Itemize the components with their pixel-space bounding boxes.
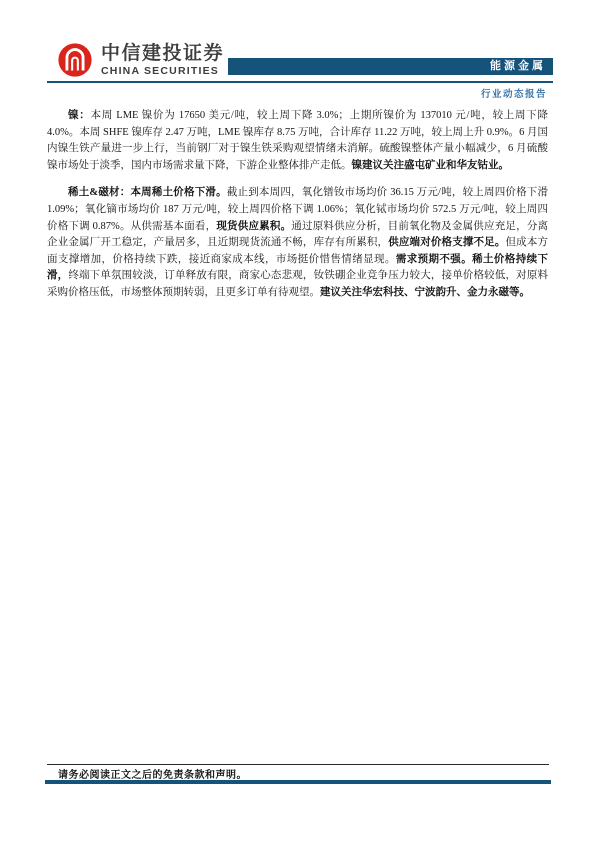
sector-badge-label: 能源金属 [490, 58, 553, 75]
brand-name-cn: 中信建投证券 [101, 43, 224, 65]
rare-earth-supply-accumulation: 现货供应累积。 [216, 221, 291, 232]
rare-earth-lead: 稀土&磁材：本周稀土价格下滑。 [68, 187, 227, 198]
report-body: 镍：本周 LME 镍价为 17650 美元/吨，较上周下降 3.0%；上期所镍价… [47, 108, 548, 302]
rare-earth-recommendation: 建议关注华宏科技、宁波韵升、金力永磁等。 [320, 287, 530, 298]
report-type-label: 行业动态报告 [481, 86, 547, 100]
footer-thin-divider [47, 764, 549, 765]
rare-earth-paragraph: 稀土&磁材：本周稀土价格下滑。截止到本周四，氧化镨钕市场均价 36.15 万元/… [47, 185, 548, 301]
header-divider [47, 81, 553, 83]
brand-name-en: CHINA SECURITIES [101, 65, 224, 77]
nickel-paragraph-recommendation: 镍建议关注盛屯矿业和华友钴业。 [352, 160, 510, 171]
brand-logo: 中信建投证券 CHINA SECURITIES [56, 41, 224, 79]
footer-thick-divider [45, 780, 551, 784]
disclaimer-text: 请务必阅读正文之后的免责条款和声明。 [58, 766, 247, 781]
nickel-paragraph: 镍：本周 LME 镍价为 17650 美元/吨，较上周下降 3.0%；上期所镍价… [47, 108, 548, 174]
sector-badge-bar: 能源金属 [228, 58, 553, 75]
nickel-paragraph-lead: 镍： [68, 110, 90, 121]
rare-earth-price-support: 供应端对价格支撑不足。 [388, 237, 505, 248]
citic-logo-icon [56, 41, 94, 79]
